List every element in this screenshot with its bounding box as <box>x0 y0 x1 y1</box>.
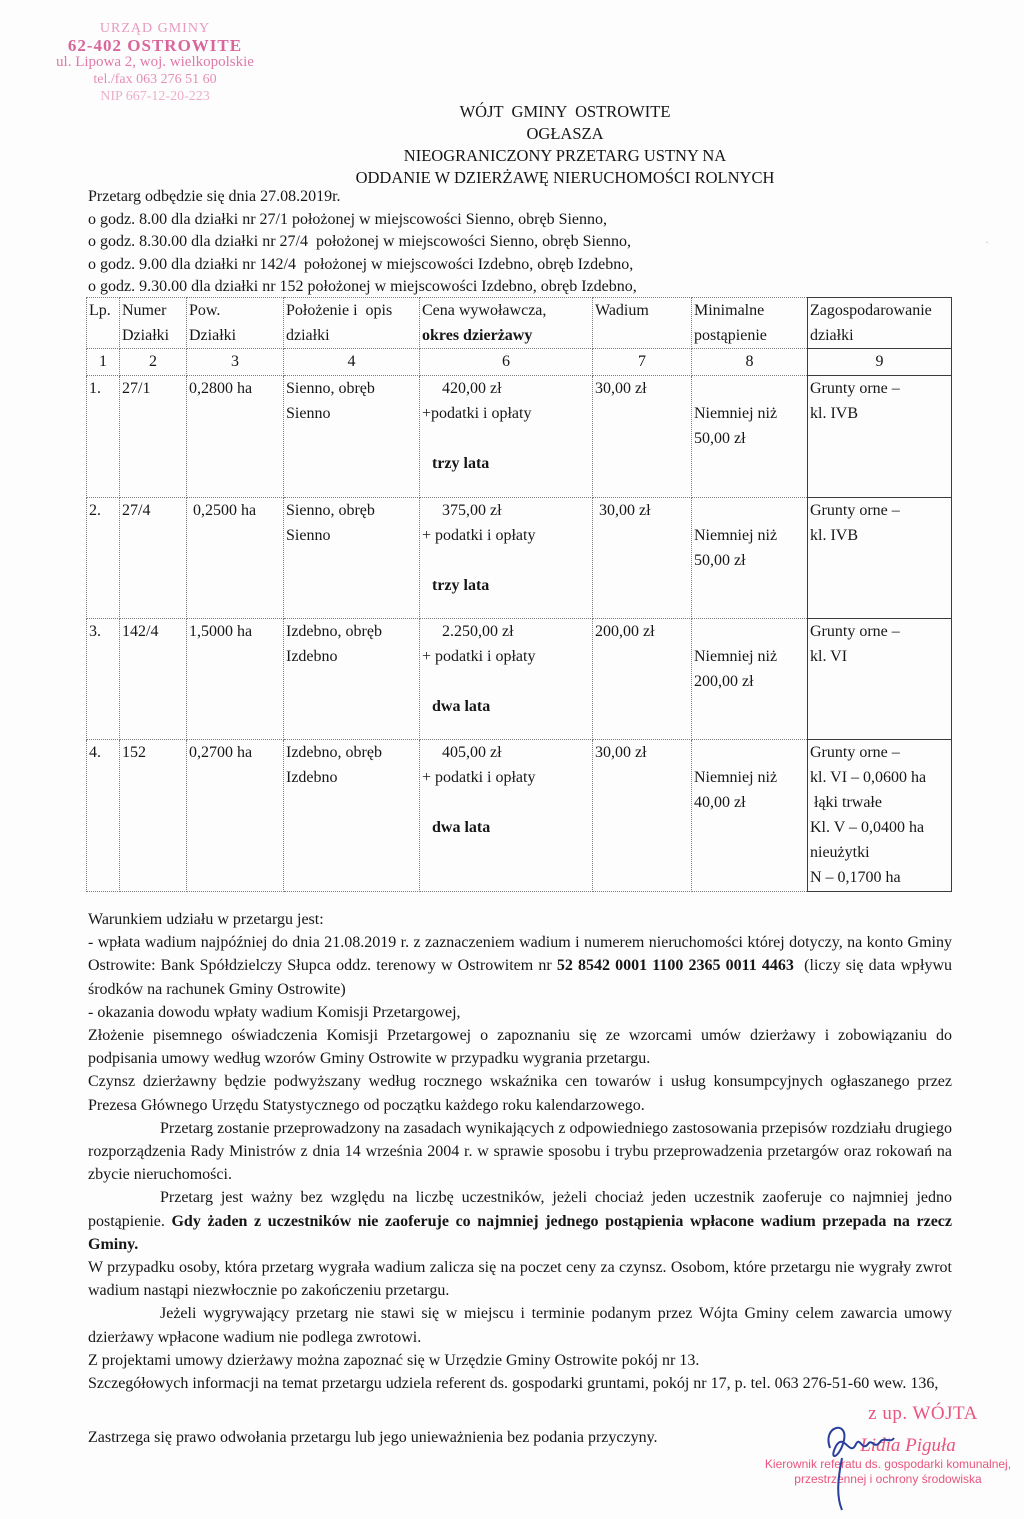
cell-pow: 0,2700 ha <box>187 740 284 892</box>
header-numer: NumerDziałki <box>120 298 187 349</box>
schedule-item: o godz. 9.30.00 dla działki nr 152 położ… <box>88 276 637 299</box>
cell-opis: Izdebno, obrębIzdebno <box>284 619 420 740</box>
office-stamp: URZĄD GMINY 62-402 OSTROWITE ul. Lipowa … <box>20 20 290 105</box>
schedule-item: o godz. 9.00 dla działki nr 142/4 położo… <box>88 254 637 277</box>
cell-opis: Sienno, obrębSienno <box>284 376 420 498</box>
header-wadium: Wadium <box>593 298 692 349</box>
cell-cena: 420,00 zł+podatki i opłatytrzy lata <box>420 376 593 498</box>
cell-zag: Grunty orne –kl. VI <box>808 619 952 740</box>
col-num: 9 <box>808 349 952 376</box>
cell-opis: Izdebno, obrębIzdebno <box>284 740 420 892</box>
condition-deposit: - wpłata wadium najpóźniej do dnia 21.08… <box>88 931 952 1001</box>
stamp-line: 62-402 OSTROWITE <box>20 37 290 54</box>
conditions-title: Warunkiem udziału w przetargu jest: <box>88 908 952 931</box>
cell-cena: 375,00 zł+ podatki i opłatytrzy lata <box>420 498 593 619</box>
parcels-table: Lp. NumerDziałki Pow.Działki Położenie i… <box>86 297 952 892</box>
header-zag: Zagospodarowaniedziałki <box>808 298 952 349</box>
handwritten-signature-icon <box>820 1418 910 1513</box>
cell-numer: 27/4 <box>120 498 187 619</box>
cell-min: Niemniej niż200,00 zł <box>692 619 808 740</box>
condition-rent-indexation: Czynsz dzierżawny będzie podwyższany wed… <box>88 1070 952 1116</box>
cell-pow: 1,5000 ha <box>187 619 284 740</box>
col-num: 4 <box>284 349 420 376</box>
condition-proof: - okazania dowodu wpłaty wadium Komisji … <box>88 1001 952 1024</box>
cell-zag: Grunty orne –kl. IVB <box>808 498 952 619</box>
cell-lp: 3. <box>87 619 120 740</box>
cell-wadium: 30,00 zł <box>593 740 692 892</box>
bank-account-number: 52 8542 0001 1100 2365 0011 4463 <box>557 957 794 974</box>
col-num: 1 <box>87 349 120 376</box>
table-row: 4.1520,2700 haIzdebno, obrębIzdebno405,0… <box>87 740 952 892</box>
cell-zag: Grunty orne –kl. IVB <box>808 376 952 498</box>
paragraph-deposit-return: W przypadku osoby, która przetarg wygrał… <box>88 1256 952 1302</box>
col-num: 3 <box>187 349 284 376</box>
header-lp: Lp. <box>87 298 120 349</box>
cell-wadium: 30,00 zł <box>593 376 692 498</box>
schedule-item: o godz. 8.00 dla działki nr 27/1 położon… <box>88 209 637 232</box>
terms-section: Warunkiem udziału w przetargu jest: - wp… <box>88 908 952 1449</box>
header-opis: Położenie i opisdziałki <box>284 298 420 349</box>
cell-numer: 27/1 <box>120 376 187 498</box>
heading-line: NIEOGRANICZONY PRZETARG USTNY NA <box>300 145 830 167</box>
col-num: 7 <box>593 349 692 376</box>
table-row: 2.27/4 0,2500 haSienno, obrębSienno375,0… <box>87 498 952 619</box>
cell-cena: 2.250,00 zł+ podatki i opłatydwa lata <box>420 619 593 740</box>
announcement-heading: WÓJT GMINY OSTROWITE OGŁASZA NIEOGRANICZ… <box>300 101 830 189</box>
cell-min: Niemniej niż50,00 zł <box>692 376 808 498</box>
col-num: 2 <box>120 349 187 376</box>
header-pow: Pow.Działki <box>187 298 284 349</box>
stamp-line: NIP 667-12-20-223 <box>20 88 290 105</box>
heading-line: OGŁASZA <box>300 123 830 145</box>
cell-min: Niemniej niż40,00 zł <box>692 740 808 892</box>
scan-speck: · <box>985 235 989 250</box>
table-row: 3.142/41,5000 haIzdebno, obrębIzdebno2.2… <box>87 619 952 740</box>
stamp-line: URZĄD GMINY <box>20 20 290 37</box>
heading-line: WÓJT GMINY OSTROWITE <box>300 101 830 123</box>
cell-zag: Grunty orne –kl. VI – 0,0600 ha łąki trw… <box>808 740 952 892</box>
paragraph-legal-basis: Przetarg zostanie przeprowadzony na zasa… <box>88 1117 952 1187</box>
cell-opis: Sienno, obrębSienno <box>284 498 420 619</box>
cell-pow: 0,2500 ha <box>187 498 284 619</box>
condition-statement: Złożenie pisemnego oświadczenia Komisji … <box>88 1024 952 1070</box>
paragraph-validity: Przetarg jest ważny bez względu na liczb… <box>88 1186 952 1256</box>
cell-numer: 142/4 <box>120 619 187 740</box>
schedule-item: o godz. 8.30.00 dla działki nr 27/4 poło… <box>88 231 637 254</box>
cell-min: Niemniej niż50,00 zł <box>692 498 808 619</box>
cell-lp: 1. <box>87 376 120 498</box>
paragraph-forfeit: Jeżeli wygrywający przetarg nie stawi si… <box>88 1302 952 1348</box>
paragraph-contact: Szczegółowych informacji na temat przeta… <box>88 1372 952 1395</box>
cell-lp: 4. <box>87 740 120 892</box>
stamp-line: ul. Lipowa 2, woj. wielkopolskie <box>20 54 290 71</box>
col-num: 8 <box>692 349 808 376</box>
column-number-row: 1 2 3 4 6 7 8 9 <box>87 349 952 376</box>
signature-stroke <box>828 1428 894 1510</box>
header-min: Minimalnepostąpienie <box>692 298 808 349</box>
cell-wadium: 30,00 zł <box>593 498 692 619</box>
cell-lp: 2. <box>87 498 120 619</box>
paragraph-contract-templates: Z projektami umowy dzierżawy można zapoz… <box>88 1349 952 1372</box>
header-cena: Cena wywoławcza,okres dzierżawy <box>420 298 593 349</box>
auction-date: Przetarg odbędzie się dnia 27.08.2019r. <box>88 186 637 209</box>
cell-wadium: 200,00 zł <box>593 619 692 740</box>
auction-schedule: Przetarg odbędzie się dnia 27.08.2019r. … <box>88 186 637 299</box>
cell-pow: 0,2800 ha <box>187 376 284 498</box>
stamp-line: tel./fax 063 276 51 60 <box>20 71 290 88</box>
cell-cena: 405,00 zł+ podatki i opłatydwa lata <box>420 740 593 892</box>
cell-numer: 152 <box>120 740 187 892</box>
table-header-row: Lp. NumerDziałki Pow.Działki Położenie i… <box>87 298 952 349</box>
table-row: 1.27/10,2800 haSienno, obrębSienno420,00… <box>87 376 952 498</box>
col-num: 6 <box>420 349 593 376</box>
